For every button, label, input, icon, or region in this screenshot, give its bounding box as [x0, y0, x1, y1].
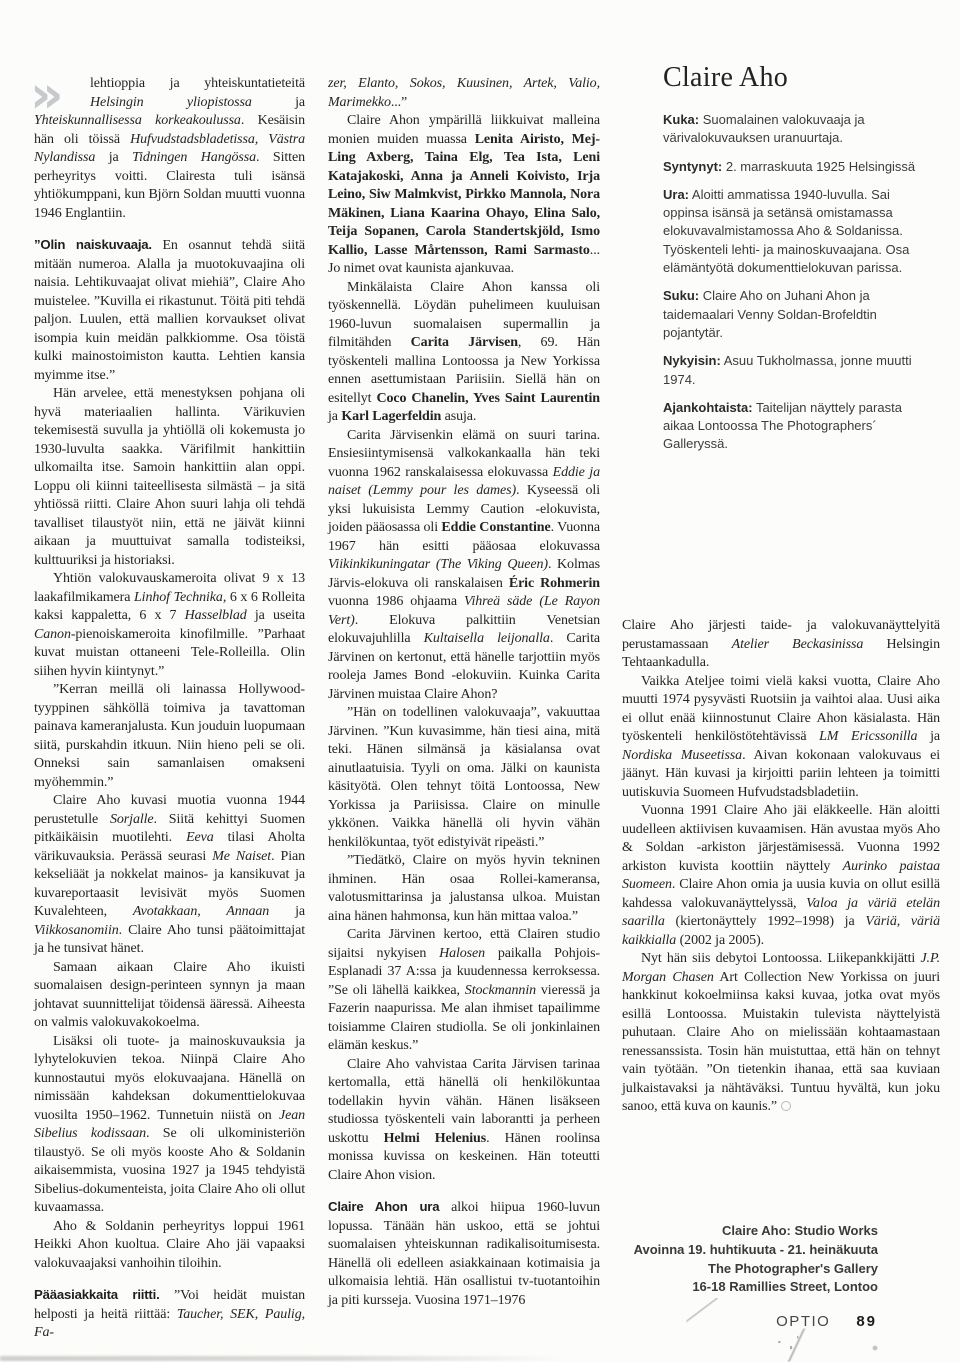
paragraph: Claire Aho vahvistaa Carita Järvisen tar… — [328, 1056, 600, 1186]
paragraph: Carita Järvinen kertoo, että Clairen stu… — [328, 926, 600, 1056]
paragraph: ”Hän on todellinen valokuvaaja”, vakuutt… — [328, 704, 600, 852]
page-number: 89 — [856, 1313, 877, 1330]
paragraph: Lisäksi oli tuote- ja mainoskuvauksia ja… — [34, 1033, 305, 1218]
paragraph: Yhtiön valokuvauskameroita olivat 9 x 13… — [34, 570, 305, 681]
paragraph: Nyt hän siis debytoi Lontoossa. Liikepan… — [622, 950, 940, 1117]
paragraph: Claire Aho kuvasi muotia vuonna 1944 per… — [34, 792, 305, 959]
ink-smudge — [774, 1327, 821, 1362]
paragraph: Vaikka Ateljee toimi vielä kaksi vuotta,… — [622, 673, 940, 803]
paragraph: Claire Aho järjesti taide- ja valokuvanä… — [622, 617, 940, 673]
sidebar-fact: Kuka: Suomalainen valokuvaaja ja värival… — [663, 111, 921, 148]
sidebar-facts: Kuka: Suomalainen valokuvaaja ja värival… — [663, 111, 921, 454]
ink-smudge — [686, 1294, 718, 1328]
sidebar-title: Claire Aho — [663, 62, 921, 94]
sidebar-fact: Syntynyt: 2. marraskuuta 1925 Helsingiss… — [663, 158, 921, 176]
page-footer: OPTIO 89 — [776, 1313, 877, 1330]
scan-edge-shadow — [0, 1356, 565, 1361]
magazine-page: »lehtioppia ja yhteiskuntatieteitä Helsi… — [0, 0, 960, 1362]
pull-quote-icon: » — [34, 73, 86, 109]
sidebar-fact: Ajankohtaista: Taitelijan näyttely paras… — [663, 399, 921, 454]
paragraph: Claire Ahon ura alkoi hiipua 1960-luvun … — [328, 1198, 600, 1310]
event-info-line: Avoinna 19. huhtikuuta - 21. heinäkuuta — [634, 1241, 878, 1260]
paragraph: Claire Ahon ympärillä liikkuivat mallein… — [328, 112, 600, 279]
paragraph: Vuonna 1991 Claire Aho jäi eläkkeelle. H… — [622, 802, 940, 950]
paragraph: ”Olin naiskuvaaja. En osannut tehdä siit… — [34, 236, 305, 385]
sidebar-fact: Ura: Aloitti ammatissa 1940-luvulla. Sai… — [663, 186, 921, 277]
end-of-article-icon — [781, 1101, 791, 1111]
paragraph: »lehtioppia ja yhteiskuntatieteitä Helsi… — [34, 75, 305, 223]
event-info-line: The Photographer's Gallery — [634, 1260, 878, 1279]
sidebar-fact: Suku: Claire Aho on Juhani Ahon ja taide… — [663, 287, 921, 342]
exhibition-info: Claire Aho: Studio WorksAvoinna 19. huht… — [634, 1222, 878, 1297]
paragraph: Carita Järvisenkin elämä on suuri tarina… — [328, 427, 600, 705]
event-info-line: 16-18 Ramillies Street, Lontoo — [634, 1278, 878, 1297]
article-column-3: Claire Aho järjesti taide- ja valokuvanä… — [622, 617, 940, 1117]
article-column-1: »lehtioppia ja yhteiskuntatieteitä Helsi… — [34, 75, 305, 1343]
paragraph: Aho & Soldanin perheyritys loppui 1961 H… — [34, 1218, 305, 1274]
paragraph: ”Kerran meillä oli lainassa Hollywood-ty… — [34, 681, 305, 792]
paragraph: Hän arvelee, että menestyksen pohjana ol… — [34, 385, 305, 570]
ink-smudge — [872, 1345, 878, 1351]
profile-sidebar: Claire Aho Kuka: Suomalainen valokuvaaja… — [663, 62, 921, 464]
article-column-2: zer, Elanto, Sokos, Kuusinen, Artek, Val… — [328, 75, 600, 1310]
paragraph: zer, Elanto, Sokos, Kuusinen, Artek, Val… — [328, 75, 600, 112]
paragraph: ”Tiedätkö, Claire on myös hyvin tekninen… — [328, 852, 600, 926]
event-info-line: Claire Aho: Studio Works — [634, 1222, 878, 1241]
paragraph: Pääasiakkaita riitti. ”Voi heidät muista… — [34, 1286, 305, 1343]
sidebar-fact: Nykyisin: Asuu Tukholmassa, jonne muutti… — [663, 352, 921, 389]
paragraph: Minkälaista Claire Ahon kanssa oli työsk… — [328, 279, 600, 427]
paragraph: Samaan aikaan Claire Aho ikuisti suomala… — [34, 959, 305, 1033]
magazine-brand: OPTIO — [776, 1313, 830, 1330]
